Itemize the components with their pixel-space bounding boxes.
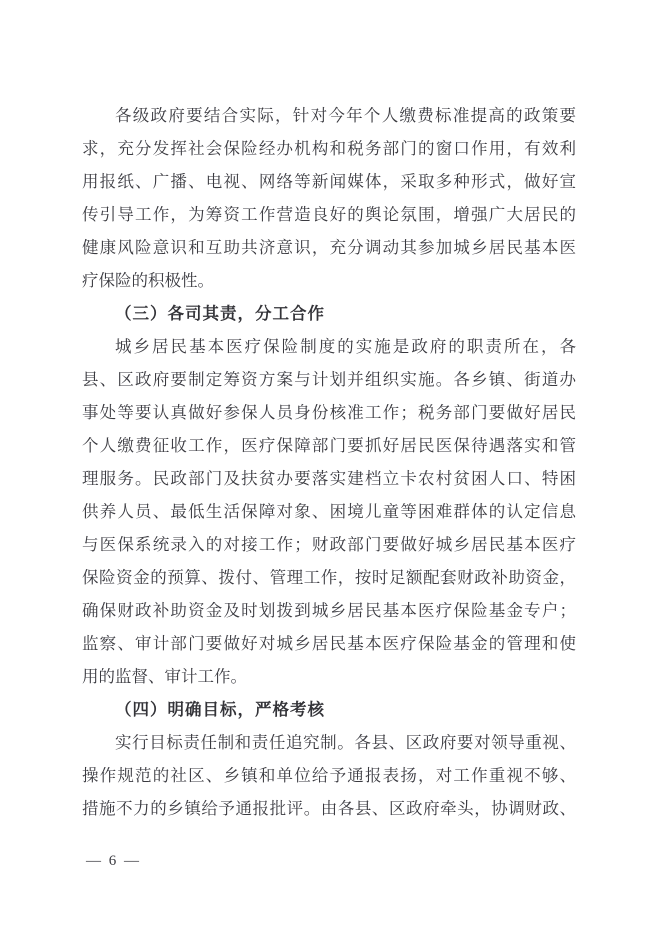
text-line: 城乡居民基本医疗保险制度的实施是政府的职责所在，各 bbox=[82, 330, 576, 363]
text-line: 县、区政府要制定筹资方案与计划并组织实施。各乡镇、街道办 bbox=[82, 363, 576, 396]
text-line: 个人缴费征收工作，医疗保障部门要抓好居民医保待遇落实和管 bbox=[82, 429, 576, 462]
text-line: 疗保险的积极性。 bbox=[82, 264, 576, 297]
text-line: 操作规范的社区、乡镇和单位给予通报表扬，对工作重视不够、 bbox=[82, 759, 576, 792]
text-line: 用的监督、审计工作。 bbox=[82, 660, 576, 693]
text-line: 实行目标责任制和责任追究制。各县、区政府要对领导重视、 bbox=[82, 726, 576, 759]
text-line: 供养人员、最低生活保障对象、困境儿童等困难群体的认定信息 bbox=[82, 495, 576, 528]
text-line: 理服务。民政部门及扶贫办要落实建档立卡农村贫困人口、特困 bbox=[82, 462, 576, 495]
section-heading-3: （三）各司其责，分工合作 bbox=[82, 297, 576, 330]
page-number: — 6 — bbox=[86, 851, 141, 871]
text-line: 监察、审计部门要做好对城乡居民基本医疗保险基金的管理和使 bbox=[82, 627, 576, 660]
text-line: 事处等要认真做好参保人员身份核准工作；税务部门要做好居民 bbox=[82, 396, 576, 429]
text-line: 用报纸、广播、电视、网络等新闻媒体，采取多种形式，做好宣 bbox=[82, 165, 576, 198]
text-line: 与医保系统录入的对接工作；财政部门要做好城乡居民基本医疗 bbox=[82, 528, 576, 561]
text-line: 确保财政补助资金及时划拨到城乡居民基本医疗保险基金专户； bbox=[82, 594, 576, 627]
text-line: 求，充分发挥社会保险经办机构和税务部门的窗口作用，有效利 bbox=[82, 132, 576, 165]
section-heading-4: （四）明确目标，严格考核 bbox=[82, 693, 576, 726]
document-page: 各级政府要结合实际，针对今年个人缴费标准提高的政策要 求，充分发挥社会保险经办机… bbox=[0, 0, 658, 928]
text-line: 措施不力的乡镇给予通报批评。由各县、区政府牵头，协调财政、 bbox=[82, 792, 576, 825]
text-line: 保险资金的预算、拨付、管理工作，按时足额配套财政补助资金， bbox=[82, 561, 576, 594]
text-line: 传引导工作，为筹资工作营造良好的舆论氛围，增强广大居民的 bbox=[82, 198, 576, 231]
text-line: 各级政府要结合实际，针对今年个人缴费标准提高的政策要 bbox=[82, 99, 576, 132]
document-body: 各级政府要结合实际，针对今年个人缴费标准提高的政策要 求，充分发挥社会保险经办机… bbox=[82, 99, 576, 825]
text-line: 健康风险意识和互助共济意识，充分调动其参加城乡居民基本医 bbox=[82, 231, 576, 264]
